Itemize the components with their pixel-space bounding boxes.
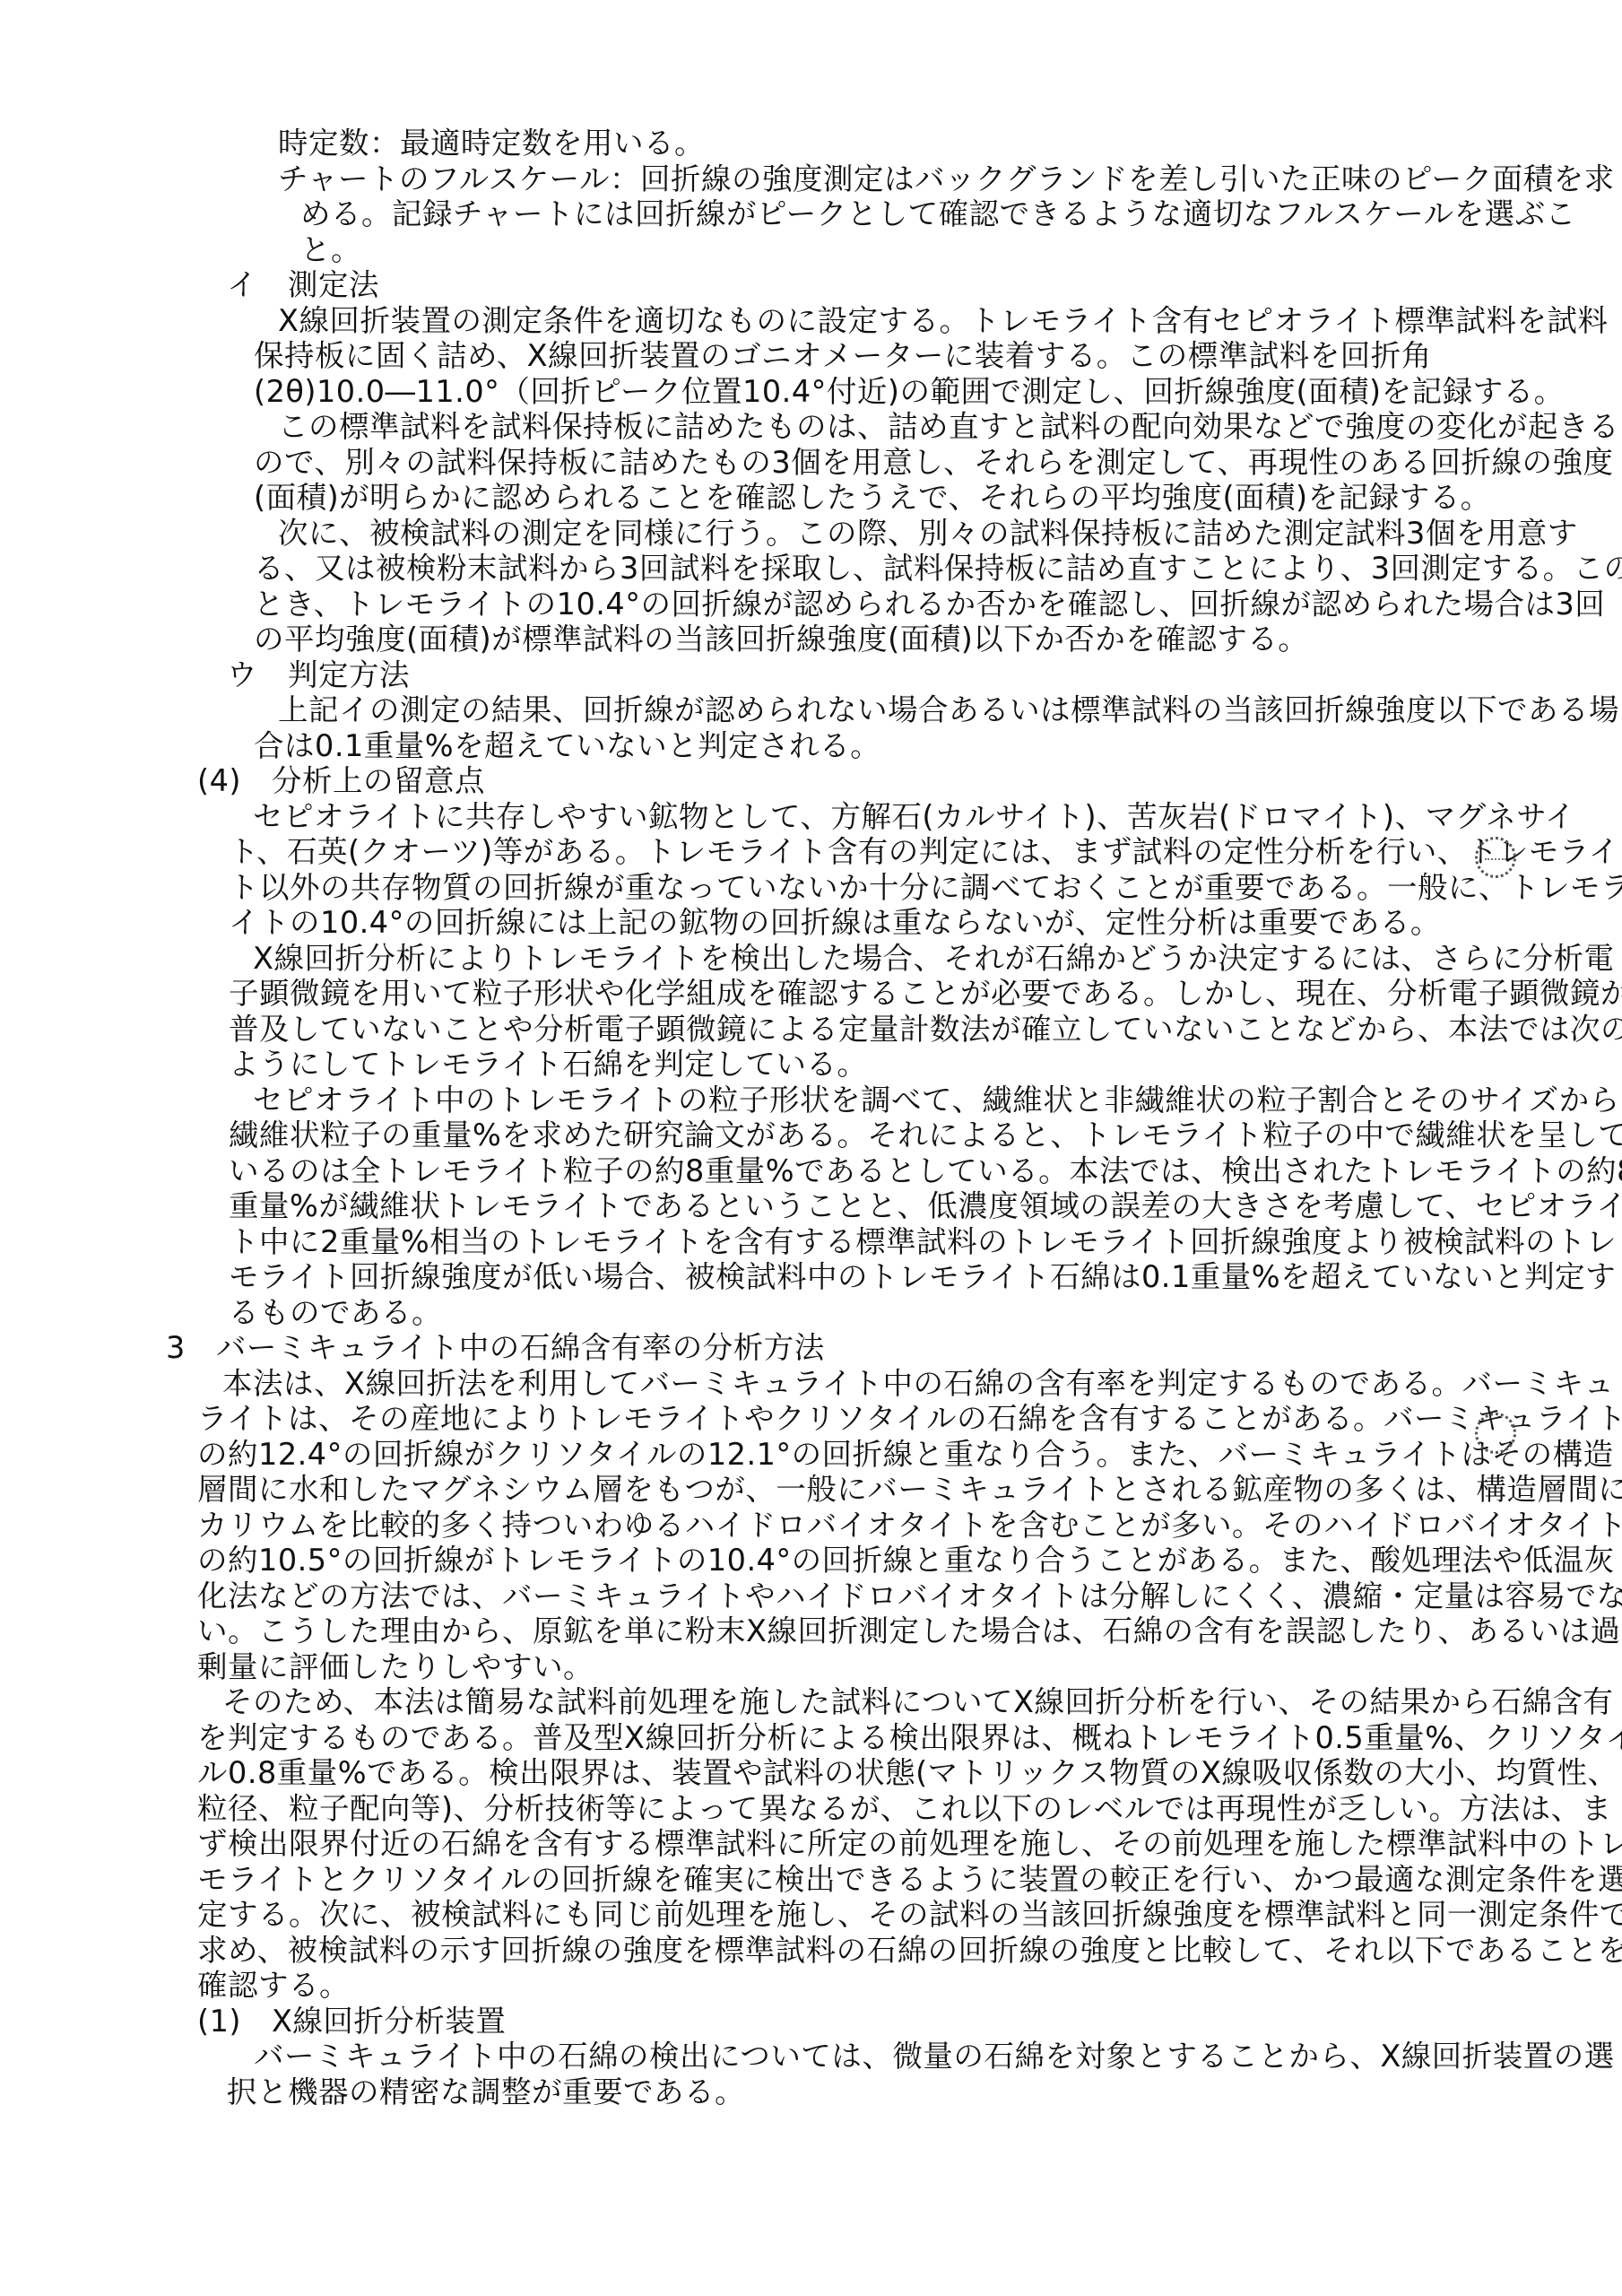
text-line: (2θ)10.0―11.0°（回折ピーク位置10.4°付近)の範囲で測定し、回折… xyxy=(254,374,1565,410)
text-line: (4) 分析上の留意点 xyxy=(197,763,485,799)
text-line: ト以外の共存物質の回折線が重なっていないか十分に調べておくことが重要である。一般… xyxy=(229,870,1622,906)
text-line: める。記録チャートには回折線がピークとして確認できるような適切なフルスケールを選… xyxy=(300,196,1576,232)
text-line: X線回折分析によりトレモライトを検出した場合、それが石綿かどうか決定するには、さ… xyxy=(253,941,1614,977)
text-line: とき、トレモライトの10.4°の回折線が認められるか否かを確認し、回折線が認めら… xyxy=(254,587,1605,622)
text-line: と。 xyxy=(300,232,361,268)
text-line: 重量%が繊維状トレモライトであるということと、低濃度領域の誤差の大きさを考慮して… xyxy=(229,1188,1622,1224)
text-line: この標準試料を試料保持板に詰めたものは、詰め直すと試料の配向効果などで強度の変化… xyxy=(278,409,1619,445)
text-line: ル0.8重量%である。検出限界は、装置や試料の状態(マトリックス物質のX線吸収係… xyxy=(197,1755,1618,1791)
text-line: X線回折装置の測定条件を適切なものに設定する。トレモライト含有セピオライト標準試… xyxy=(278,303,1608,339)
text-line: 繊維状粒子の重量%を求めた研究論文がある。それによると、トレモライト粒子の中で繊… xyxy=(229,1118,1622,1153)
text-line: ようにしてトレモライト石綿を判定している。 xyxy=(229,1047,867,1083)
text-line: 粒径、粒子配向等)、分析技術等によって異なるが、これ以下のレベルでは再現性が乏し… xyxy=(197,1791,1612,1827)
text-line: イトの10.4°の回折線には上記の鉱物の回折線は重ならないが、定性分析は重要であ… xyxy=(229,905,1441,941)
text-line: いるのは全トレモライト粒子の約8重量%であるとしている。本法では、検出されたトレ… xyxy=(229,1153,1622,1189)
text-line: るものである。 xyxy=(229,1295,442,1331)
text-line: を判定するものである。普及型X線回折分析による検出限界は、概ねトレモライト0.5… xyxy=(197,1720,1622,1756)
text-line: 剰量に評価したりしやすい。 xyxy=(197,1649,594,1685)
text-line: ライトは、その産地によりトレモライトやクリソタイルの石綿を含有することがある。バ… xyxy=(197,1401,1622,1437)
text-line: (1) X線回折分析装置 xyxy=(197,2004,506,2039)
document-page: 時定数：最適時定数を用いる。チャートのフルスケール：回折線の強度測定はバックグラ… xyxy=(0,0,1622,2296)
text-line: カリウムを比較的多く持ついわゆるハイドロバイオタイトを含むことが多い。そのハイド… xyxy=(197,1508,1622,1544)
text-line: ウ 判定方法 xyxy=(227,657,410,693)
text-line: 層間に水和したマグネシウム層をもつが、一般にバーミキュライトとされる鉱産物の多く… xyxy=(197,1472,1622,1508)
punch-hole-icon xyxy=(1475,1413,1516,1454)
text-line: い。こうした理由から、原鉱を単に粉末X線回折測定した場合は、石綿の含有を誤認した… xyxy=(197,1613,1620,1649)
text-line: る、又は被検粉末試料から3回試料を採取し、試料保持板に詰め直すことにより、3回測… xyxy=(254,551,1622,587)
text-line: 本法は、X線回折法を利用してバーミキュライト中の石綿の含有率を判定するものである… xyxy=(222,1366,1614,1402)
text-line: モライト回折線強度が低い場合、被検試料中のトレモライト石綿は0.1重量%を超えて… xyxy=(229,1259,1616,1295)
text-line: セピオライト中のトレモライトの粒子形状を調べて、繊維状と非繊維状の粒子割合とその… xyxy=(253,1083,1620,1118)
text-line: の約12.4°の回折線がクリソタイルの12.1°の回折線と重なり合う。また、バー… xyxy=(197,1437,1614,1473)
text-line: セピオライトに共存しやすい鉱物として、方解石(カルサイト)、苦灰岩(ドロマイト)… xyxy=(253,799,1575,835)
text-line: 次に、被検試料の測定を同様に行う。この際、別々の試料保持板に詰めた測定試料3個を… xyxy=(278,516,1578,552)
text-line: ず検出限界付近の石綿を含有する標準試料に所定の前処理を施し、その前処理を施した標… xyxy=(197,1826,1622,1862)
text-line: そのため、本法は簡易な試料前処理を施した試料についてX線回折分析を行い、その結果… xyxy=(222,1684,1613,1720)
text-line: 求め、被検試料の示す回折線の強度を標準試料の石綿の回折線の強度と比較して、それ以… xyxy=(197,1933,1622,1969)
text-line: 合は0.1重量%を超えていないと判定される。 xyxy=(254,728,880,764)
text-line: (面積)が明らかに認められることを確認したうえで、それらの平均強度(面積)を記録… xyxy=(254,480,1491,516)
text-line: ト中に2重量%相当のトレモライトを含有する標準試料のトレモライト回折線強度より被… xyxy=(229,1224,1617,1260)
text-line: 3 バーミキュライト中の石綿含有率の分析方法 xyxy=(166,1330,825,1366)
text-line: 時定数：最適時定数を用いる。 xyxy=(278,126,705,161)
text-line: の平均強度(面積)が標準試料の当該回折線強度(面積)以下か否かを確認する。 xyxy=(254,622,1308,657)
text-line: 普及していないことや分析電子顕微鏡による定量計数法が確立していないことなどから、… xyxy=(229,1012,1622,1048)
text-line: 確認する。 xyxy=(197,1968,350,2004)
text-line: モライトとクリソタイルの回折線を確実に検出できるように装置の較正を行い、かつ最適… xyxy=(197,1862,1622,1898)
text-line: ト、石英(クオーツ)等がある。トレモライト含有の判定には、まず試料の定性分析を行… xyxy=(229,834,1619,870)
text-line: 上記イの測定の結果、回折線が認められない場合あるいは標準試料の当該回折線強度以下… xyxy=(278,692,1619,728)
punch-hole-icon xyxy=(1475,837,1516,878)
text-line: 化法などの方法では、バーミキュライトやハイドロバイオタイトは分解しにくく、濃縮・… xyxy=(197,1578,1622,1614)
text-line: イ 測定法 xyxy=(227,267,379,303)
text-line: バーミキュライト中の石綿の検出については、微量の石綿を対象とすることから、X線回… xyxy=(254,2039,1615,2074)
text-line: 保持板に固く詰め、X線回折装置のゴニオメーターに装着する。この標準試料を回折角 xyxy=(254,338,1432,374)
text-line: 択と機器の精密な調整が重要である。 xyxy=(227,2074,745,2110)
punch-hole-dash xyxy=(1485,858,1506,860)
text-line: 子顕微鏡を用いて粒子形状や化学組成を確認することが必要である。しかし、現在、分析… xyxy=(229,976,1622,1012)
text-line: 定する。次に、被検試料にも同じ前処理を施し、その試料の当該回折線強度を標準試料と… xyxy=(197,1897,1622,1933)
text-line: ので、別々の試料保持板に詰めたもの3個を用意し、それらを測定して、再現性のある回… xyxy=(254,445,1613,481)
text-line: チャートのフルスケール：回折線の強度測定はバックグランドを差し引いた正味のピーク… xyxy=(278,161,1615,197)
text-line: の約10.5°の回折線がトレモライトの10.4°の回折線と重なり合うことがある。… xyxy=(197,1543,1615,1578)
